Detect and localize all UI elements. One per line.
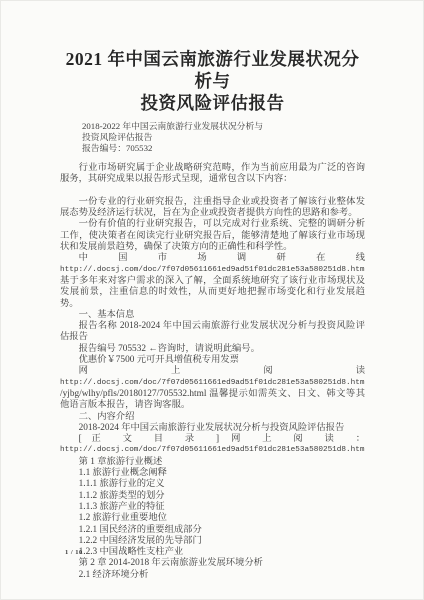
body-line: 报告编号 705532 ←咨询时，请说明此编号。: [60, 344, 365, 355]
report-number: 报告编号：705532: [82, 143, 365, 154]
subtitle-line1: 2018-2022 年中国云南旅游行业发展状况分析与: [82, 121, 365, 132]
toc-line: 第 2 章 2014-2018 年云南旅游业发展环境分析: [60, 558, 365, 569]
report-body: 行业市场研究属于企业战略研究范畴，作为当前应用最为广泛的咨询服务，其研究成果以报…: [60, 163, 365, 581]
url-line: http://.docsj.com/doc/7f07d05611661ed9ad…: [60, 265, 365, 276]
toc-line: 2.1 经济环境分析: [60, 570, 365, 581]
document-page: 2021 年中国云南旅游行业发展状况分析与 投资风险评估报告 2018-2022…: [0, 0, 424, 600]
body-line: 基于多年来对客户需求的深入了解，全面系统地研究了该行业市场现状及发展前景，注重信…: [60, 276, 365, 310]
body-line: 网 上 阅 读: [60, 366, 365, 377]
body-line: 报告名称 2018-2024 年中国云南旅游行业发展状况分析与投资风险评估报告: [60, 321, 365, 344]
body-line: 行业市场研究属于企业战略研究范畴，作为当前应用最为广泛的咨询服务，其研究成果以报…: [60, 163, 365, 186]
body-line: 优惠价￥7500 元可开具增值税专用发票: [60, 355, 365, 366]
toc-line: 1.1.3 旅游产业的特征: [60, 502, 365, 513]
page-number: 1 / 10: [65, 549, 83, 556]
toc-line: 1.1 旅游行业概念阐释: [60, 468, 365, 479]
body-line: 一份有价值的行业研究报告，可以完成对行业系统、完整的调研分析工作，使决策者在阅读…: [60, 219, 365, 253]
subtitle-line2: 投资风险评估报告: [82, 132, 365, 143]
table-of-contents: 第 1 章旅游行业概述1.1 旅游行业概念阐释1.1.1 旅游行业的定义1.1.…: [60, 457, 365, 581]
report-title: 2021 年中国云南旅游行业发展状况分析与 投资风险评估报告: [60, 48, 365, 114]
toc-line: 第 1 章旅游行业概述: [60, 457, 365, 468]
toc-line: 1.2 旅游行业重要地位: [60, 513, 365, 524]
toc-line: 1.2.1 国民经济的重要组成部分: [60, 525, 365, 536]
body-line: 二、内容介绍: [60, 412, 365, 423]
report-subtitle: 2018-2022 年中国云南旅游行业发展状况分析与 投资风险评估报告 报告编号…: [82, 121, 365, 154]
report-title-line2: 投资风险评估报告: [60, 92, 365, 114]
report-title-line1: 2021 年中国云南旅游行业发展状况分析与: [60, 48, 365, 92]
body-line: 一、基本信息: [60, 310, 365, 321]
body-lines: 行业市场研究属于企业战略研究范畴，作为当前应用最为广泛的咨询服务，其研究成果以报…: [60, 163, 365, 457]
body-line: [60, 186, 365, 197]
url-line: http://.docsj.com/doc/7f07d05611661ed9ad…: [60, 445, 365, 456]
url-line: http://.docsj.com/doc/7f07d05611661ed9ad…: [60, 378, 365, 389]
toc-line: 1.2.2 中国经济发展的先导部门: [60, 536, 365, 547]
toc-line: 1.2.3 中国战略性支柱产业: [60, 547, 365, 558]
body-line: [正 文 目 录 ] 网 上 阅 读 ：: [60, 434, 365, 445]
toc-line: 1.1.2 旅游类型的划分: [60, 491, 365, 502]
body-line: 2018-2024 年中国云南旅游行业发展状况分析与投资风险评估报告: [60, 423, 365, 434]
body-line: 中 国 市 场 调 研 在 线: [60, 253, 365, 264]
body-line: /yjbg/wlhy/pfls/20180127/705532.html 温馨提…: [60, 389, 365, 412]
body-line: 一份专业的行业研究报告，注重指导企业或投资者了解该行业整体发展态势及经济运行状况…: [60, 197, 365, 220]
toc-line: 1.1.1 旅游行业的定义: [60, 479, 365, 490]
